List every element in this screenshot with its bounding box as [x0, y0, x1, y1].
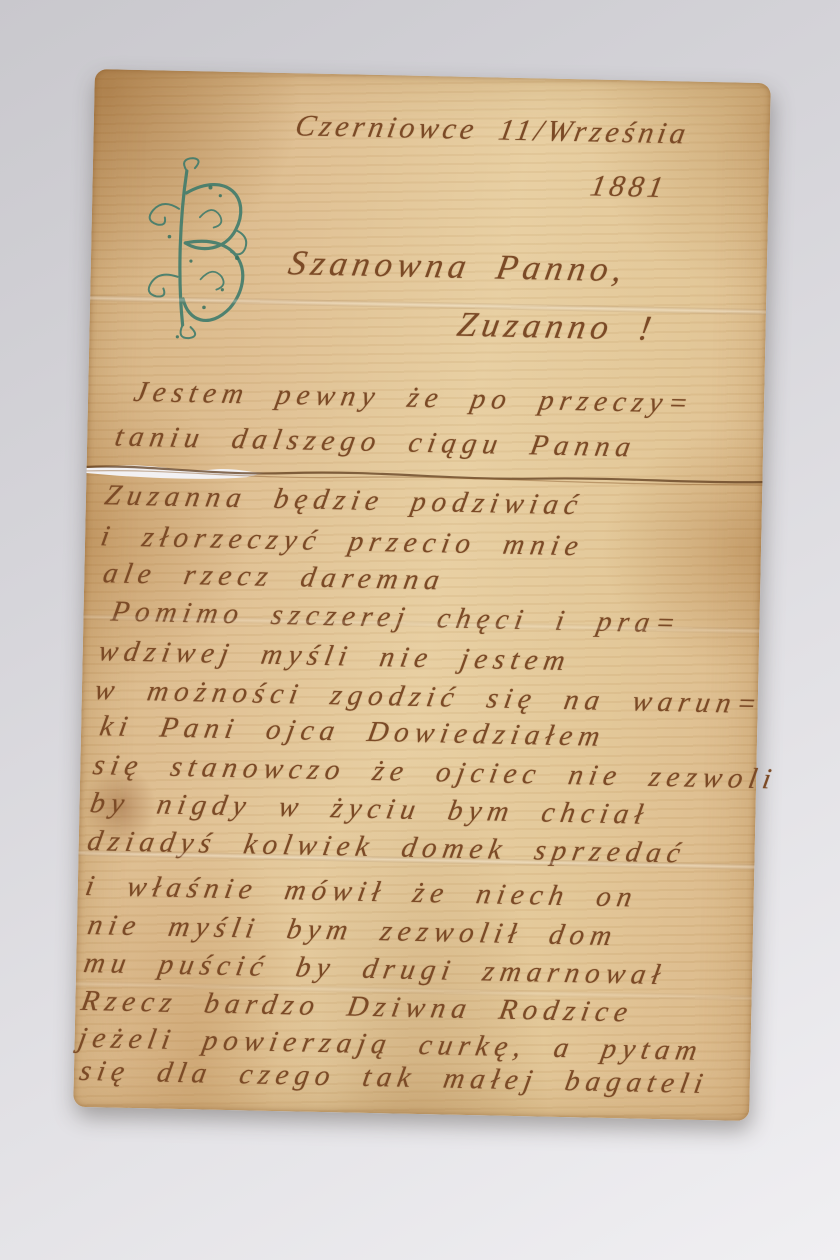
handwritten-line: i złorzeczyć przecio mnie [98, 520, 587, 563]
handwritten-line: ki Pani ojca Dowiedziałem [97, 710, 608, 753]
letter-paper: Czerniowce 11/Września 1881 Szanowna Pan… [73, 69, 771, 1121]
letter-dateline-year: 1881 [588, 170, 670, 205]
handwritten-line: Jestem pewny że po przeczy= [131, 376, 696, 421]
letter-dateline-place: Czerniowce 11/Września [293, 109, 692, 151]
monogram-b [137, 156, 261, 343]
handwritten-line: i właśnie mówił że niech on [83, 870, 641, 914]
handwritten-line: ale rzecz daremna [100, 557, 447, 597]
photo-backdrop: Czerniowce 11/Września 1881 Szanowna Pan… [0, 0, 840, 1260]
handwritten-line: wdziwej myśli nie jestem [96, 635, 574, 678]
handwritten-line: by nigdy w życiu bym chciał [88, 787, 652, 832]
handwritten-line: nie myśli bym zezwolił dom [85, 909, 620, 953]
letter-salutation-line1: Szanowna Panno, [285, 243, 630, 290]
